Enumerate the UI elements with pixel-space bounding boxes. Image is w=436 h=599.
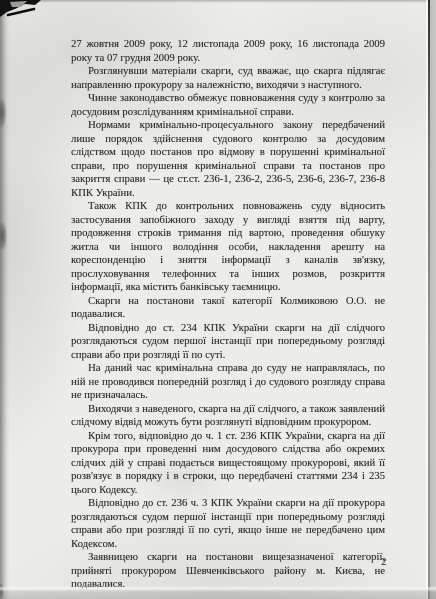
paragraph: Виходячи з наведеного, скарга на дії слі… (71, 403, 385, 430)
paragraph: 27 жовтня 2009 року, 12 листопада 2009 р… (71, 38, 385, 65)
paragraph: Також КПК до контрольних повноважень суд… (71, 200, 385, 295)
paragraph: Розглянувши матеріали скарги, суд вважає… (71, 65, 385, 92)
paragraph: На даний час кримінальна справа до суду … (71, 362, 385, 403)
paragraph: Крім того, відповідно до ч. 1 ст. 236 КП… (71, 430, 385, 498)
scanned-page: 27 жовтня 2009 року, 12 листопада 2009 р… (0, 0, 436, 599)
right-outside-strip (430, 0, 436, 599)
scan-dot-artifact (74, 521, 76, 523)
paragraph: Відповідно до ст. 236 ч. 3 КПК України с… (71, 497, 385, 551)
bottom-scan-shadow (0, 586, 436, 599)
paragraph: Чинне законодавство обмежує повноваження… (71, 92, 385, 119)
left-scan-shadow (0, 0, 10, 599)
page-number: 2 (381, 556, 387, 568)
paragraph: Скарги на постанови такої категорії Колм… (71, 295, 385, 322)
document-body: 27 жовтня 2009 року, 12 листопада 2009 р… (71, 38, 385, 592)
paragraph: Відповідно до ст. 234 КПК України скарги… (71, 322, 385, 363)
paragraph: Нормами кримінально-процесуального закон… (71, 119, 385, 200)
